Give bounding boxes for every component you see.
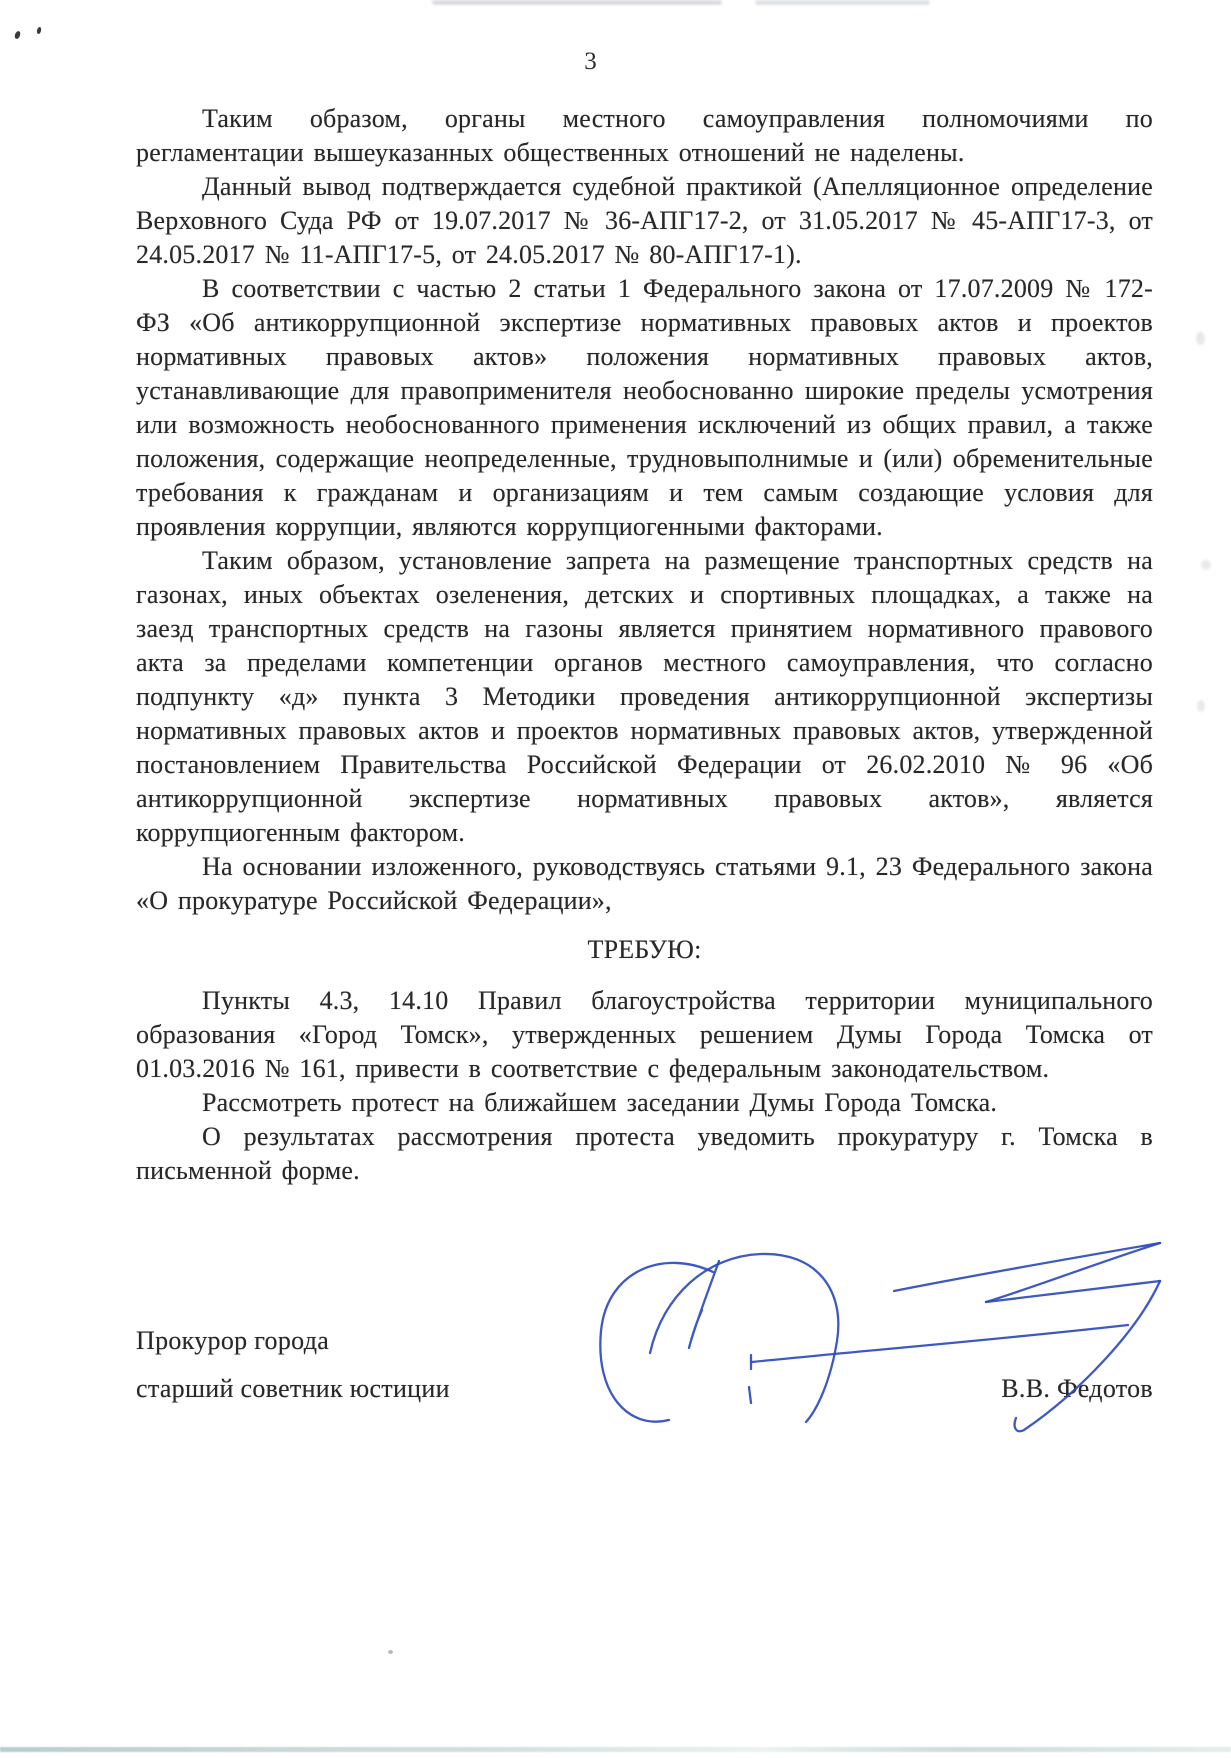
scan-artifact-top-smudge (432, 0, 722, 5)
page-number: 3 (0, 48, 1206, 76)
document-body: Таким образом, органы местного самоуправ… (136, 102, 1153, 1188)
signer-role-line-2: старший советник юстиции (136, 1374, 450, 1404)
demand-paragraph: О результатах рассмотрения протеста увед… (136, 1120, 1153, 1188)
signer-role-line-1: Прокурор города (136, 1326, 329, 1356)
body-paragraph: В соответствии с частью 2 статьи 1 Федер… (136, 272, 1153, 544)
scanned-document-page: 3 Таким образом, органы местного самоупр… (0, 0, 1231, 1758)
scan-artifact-bottom-streak (0, 1747, 1231, 1752)
scan-artifact-margin-smudge (1197, 700, 1205, 712)
demand-heading: ТРЕБУЮ: (136, 933, 1153, 967)
scan-artifact-speck (14, 31, 21, 40)
signer-name: В.В. Федотов (1001, 1374, 1153, 1404)
body-paragraph: Таким образом, установление запрета на р… (136, 544, 1153, 850)
scan-artifact-top-smudge (755, 0, 930, 5)
body-paragraph: Таким образом, органы местного самоуправ… (136, 102, 1153, 170)
demand-paragraph: Рассмотреть протест на ближайшем заседан… (136, 1086, 1153, 1120)
scan-artifact-margin-smudge (1201, 560, 1211, 570)
scan-artifact-speck (37, 27, 42, 34)
body-paragraph: На основании изложенного, руководствуясь… (136, 850, 1153, 918)
body-paragraph: Данный вывод подтверждается судебной пра… (136, 170, 1153, 272)
demand-paragraph: Пункты 4.3, 14.10 Правил благоустройства… (136, 984, 1153, 1086)
scan-artifact-margin-smudge (1196, 332, 1205, 345)
scan-artifact-speck (388, 1650, 393, 1654)
